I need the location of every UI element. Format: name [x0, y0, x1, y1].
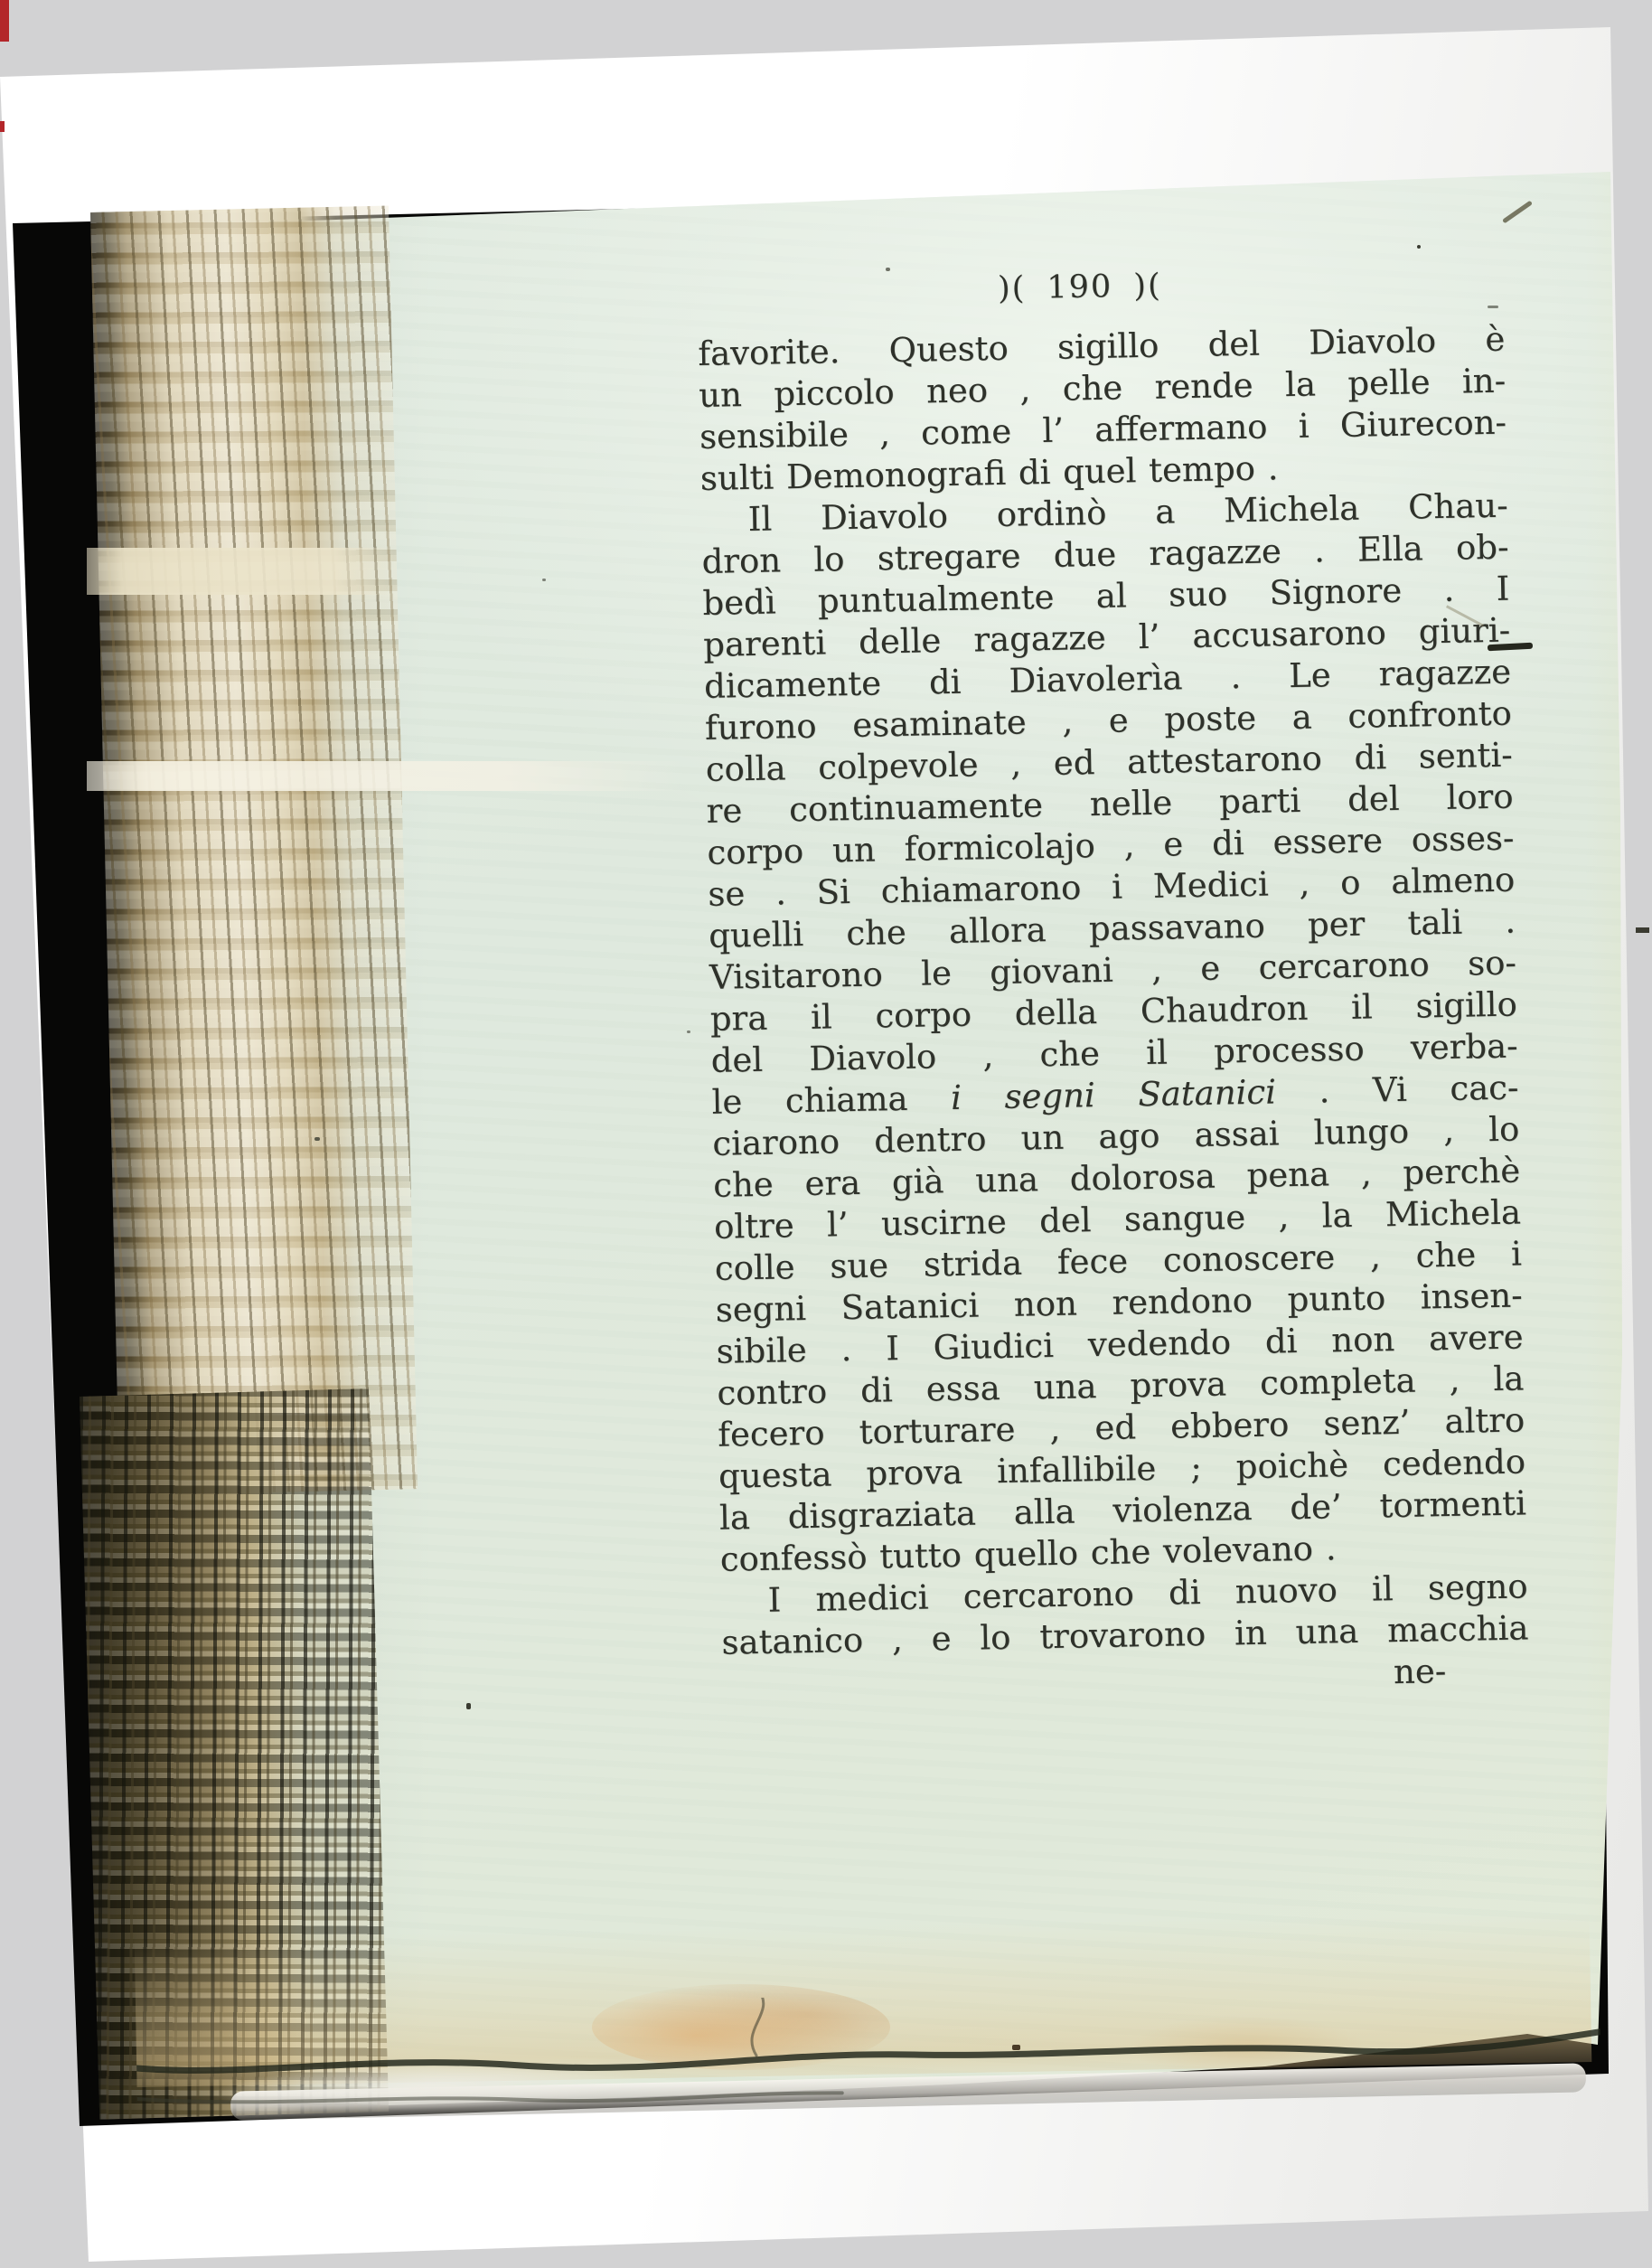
text-segment: le chiama	[711, 1078, 951, 1122]
text-lines: favorite. Questo sigillo del Diavolo èun…	[698, 319, 1529, 1664]
scanner-artifact-band	[87, 548, 394, 595]
paper-speck	[466, 1703, 471, 1709]
red-edge-mark	[0, 0, 9, 42]
paper-speck	[542, 579, 546, 581]
body-text: favorite. Questo sigillo del Diavolo èun…	[698, 319, 1530, 1706]
margin-tick-mark	[1636, 927, 1649, 933]
paper-speck	[1417, 245, 1421, 249]
text-segment: . Vi cac-	[1276, 1068, 1519, 1111]
red-edge-mark	[0, 121, 5, 132]
scanner-artifact-band	[87, 761, 683, 791]
paper-speck	[886, 268, 890, 271]
torn-edge-texture-upper	[90, 206, 418, 1496]
paper-speck	[687, 1030, 690, 1033]
italic-phrase: i segni Satanici	[951, 1072, 1277, 1117]
paper-speck	[1488, 306, 1498, 308]
paper-speck	[1012, 2045, 1020, 2050]
paper-speck	[314, 1137, 320, 1141]
scan-stage: )( 190 )( favorite. Questo sigillo del D…	[0, 0, 1652, 2268]
